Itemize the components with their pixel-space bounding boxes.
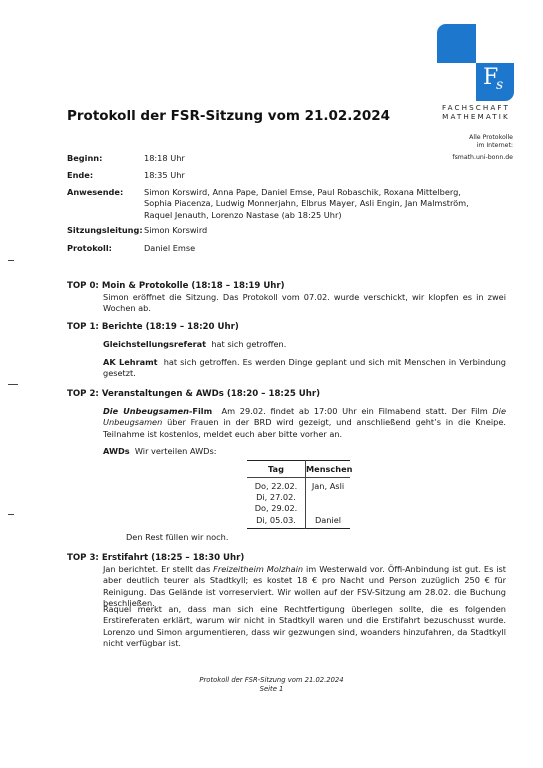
top-3-heading: TOP 3: Erstifahrt (18:25 – 18:30 Uhr) <box>67 553 244 564</box>
awd-text: Wir verteilen AWDs: <box>135 446 217 456</box>
report-term: Gleichstellungsreferat <box>103 339 206 349</box>
margin-mark <box>8 384 18 385</box>
table-cell: Daniel <box>306 515 350 526</box>
event-term: Die Unbeugsamen-Film <box>103 406 212 416</box>
table-cell: Jan, Asli <box>306 481 350 492</box>
footer-title: Protokoll der FSR-Sitzung vom 21.02.2024 <box>0 676 543 685</box>
logo-glyph-s: s <box>496 77 503 93</box>
meta-label: Anwesende: <box>67 187 123 198</box>
top-3-p1-a: Jan berichtet. Er stellt das <box>103 564 213 574</box>
meta-label: Sitzungsleitung: <box>67 225 143 236</box>
top-2-heading: TOP 2: Veranstaltungen & AWDs (18:20 – 1… <box>67 389 320 400</box>
top-3-paragraph-2: Raquel merkt an, dass man sich eine Rech… <box>103 604 506 650</box>
table-rule-top <box>247 460 350 461</box>
top-0-text: Simon eröffnet die Sitzung. Das Protokol… <box>103 292 506 315</box>
meta-label: Ende: <box>67 170 93 181</box>
report-item: Gleichstellungsreferat hat sich getroffe… <box>103 339 506 350</box>
report-text: hat sich getroffen. <box>211 339 286 349</box>
side-note-line2: im Internet: <box>477 142 513 150</box>
meta-value: 18:18 Uhr <box>144 153 489 164</box>
report-text: hat sich getroffen. Es werden Dinge gepl… <box>103 357 506 378</box>
table-cell: Do, 29.02. <box>247 503 305 514</box>
top-0-heading: TOP 0: Moin & Protokolle (18:18 – 18:19 … <box>67 281 285 292</box>
table-rule-mid <box>247 477 350 478</box>
logo-fs-glyph: F s <box>481 66 511 98</box>
page-title: Protokoll der FSR-Sitzung vom 21.02.2024 <box>67 108 390 124</box>
event-text-b: über Frauen in der BRD wird gezeigt, und… <box>103 417 506 438</box>
table-cell: Do, 22.02. <box>247 481 305 492</box>
awd-after-table: Den Rest füllen wir noch. <box>126 532 228 543</box>
top-3-p1-italic: Freizeitheim Molzhain <box>213 564 303 574</box>
table-rule-bottom <box>247 528 350 529</box>
logo-square-top <box>437 24 476 63</box>
table-cell: Di, 05.03. <box>247 515 305 526</box>
margin-mark <box>8 514 14 515</box>
report-item: AK Lehramt hat sich getroffen. Es werden… <box>103 357 506 380</box>
awd-item: AWDs Wir verteilen AWDs: <box>103 446 506 457</box>
meta-value: Simon Korswird, Anna Pape, Daniel Emse, … <box>144 187 489 221</box>
event-term-suffix: -Film <box>189 406 212 416</box>
table-header-menschen: Menschen <box>306 464 350 475</box>
table-cell: Di, 27.02. <box>247 492 305 503</box>
side-note-line1: Alle Protokolle <box>469 134 513 142</box>
top-3-paragraph-1: Jan berichtet. Er stellt das Freizeithei… <box>103 564 506 610</box>
meta-value: Simon Korswird <box>144 225 489 236</box>
report-term: AK Lehramt <box>103 357 158 367</box>
event-item: Die Unbeugsamen-Film Am 29.02. findet ab… <box>103 406 506 440</box>
meta-label: Beginn: <box>67 153 102 164</box>
top-1-heading: TOP 1: Berichte (18:19 – 18:20 Uhr) <box>67 322 239 333</box>
table-header-tag: Tag <box>247 464 305 475</box>
meta-value: Daniel Emse <box>144 243 489 254</box>
awd-term: AWDs <box>103 446 130 456</box>
footer-page-number: Seite 1 <box>0 685 543 694</box>
margin-mark <box>8 260 14 261</box>
logo-line1: FACHSCHAFT <box>434 104 518 112</box>
meta-value: 18:35 Uhr <box>144 170 489 181</box>
event-term-italic: Die Unbeugsamen <box>103 406 189 416</box>
logo-line2: MATHEMATIK <box>434 113 518 121</box>
meta-label: Protokoll: <box>67 243 112 254</box>
event-text-a: Am 29.02. findet ab 17:00 Uhr ein Filmab… <box>221 406 492 416</box>
